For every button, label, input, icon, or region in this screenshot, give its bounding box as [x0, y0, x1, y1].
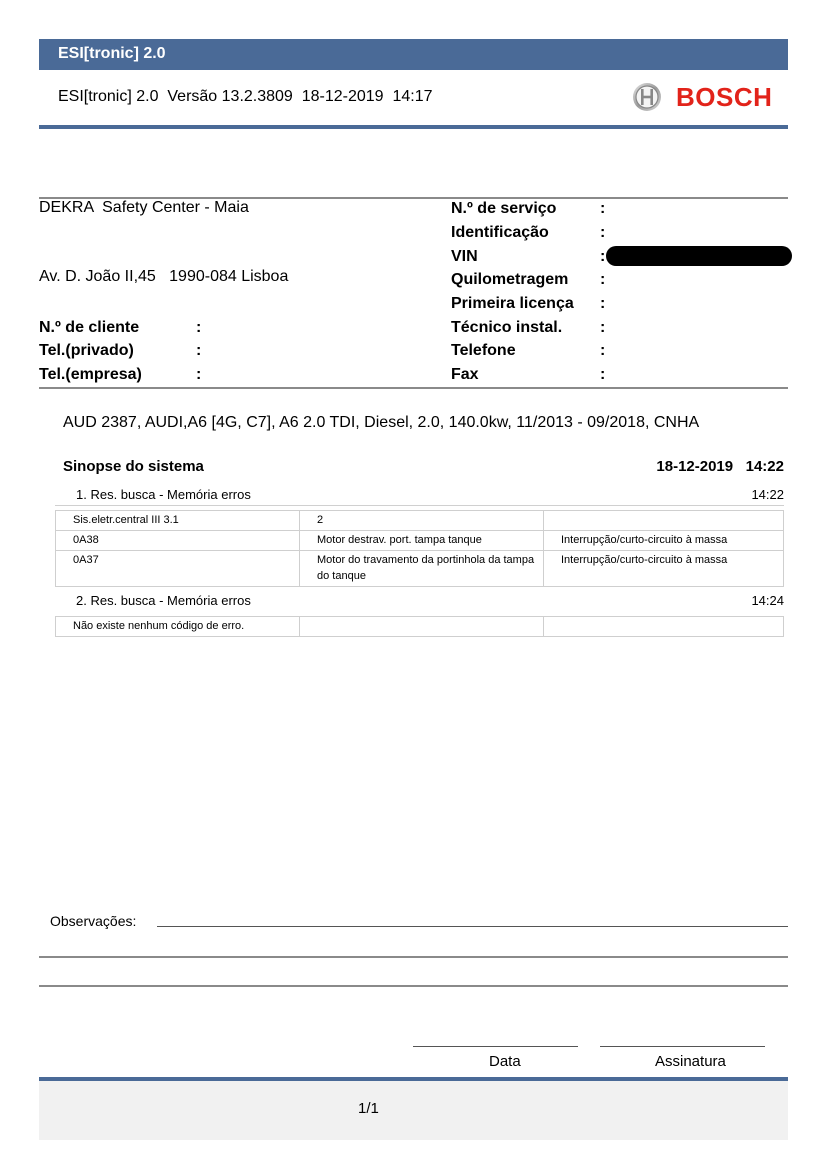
vehicle-description: AUD 2387, AUDI,A6 [4G, C7], A6 2.0 TDI, … — [63, 414, 699, 432]
table-row: Sis.eletr.central III 3.1 2 — [56, 511, 784, 531]
version-line: ESI[tronic] 2.0 Versão 13.2.3809 18-12-2… — [58, 88, 432, 106]
table-cell: Interrupção/curto-circuito à massa — [544, 531, 784, 551]
table-cell — [300, 617, 544, 637]
header-divider — [39, 125, 788, 129]
field-colon: : — [600, 200, 605, 218]
footer — [39, 1081, 788, 1140]
table-cell: 2 — [300, 511, 544, 531]
synopsis-title: Sinopse do sistema — [63, 458, 204, 475]
field-label-private-phone: Tel.(privado) — [39, 342, 134, 360]
table-row: 0A37 Motor do travamento da portinhola d… — [56, 551, 784, 587]
company-info: DEKRA Safety Center - Maia Av. D. João I… — [39, 150, 288, 311]
field-label-phone: Telefone — [451, 342, 516, 360]
field-label-vin: VIN — [451, 248, 478, 266]
title-bar: ESI[tronic] 2.0 — [39, 39, 788, 70]
table-cell: Sis.eletr.central III 3.1 — [56, 511, 300, 531]
table-row: Não existe nenhum código de erro. — [56, 617, 784, 637]
table-cell: Motor destrav. port. tampa tanque — [300, 531, 544, 551]
signature-label: Assinatura — [655, 1053, 726, 1070]
field-colon: : — [600, 248, 605, 266]
field-label-identification: Identificação — [451, 224, 549, 242]
error-table-2: Não existe nenhum código de erro. — [55, 616, 784, 637]
signature-line[interactable] — [600, 1046, 765, 1047]
brand-name: BOSCH — [676, 82, 772, 113]
info-bottom-divider — [39, 387, 788, 389]
company-name: DEKRA Safety Center - Maia — [39, 196, 288, 219]
field-colon: : — [600, 319, 605, 337]
section-time-1: 14:22 — [751, 487, 784, 502]
table-cell: 0A37 — [56, 551, 300, 587]
bosch-armature-icon — [632, 82, 662, 112]
field-label-fax: Fax — [451, 366, 479, 384]
table-cell: Motor do travamento da portinhola da tam… — [300, 551, 544, 587]
section-divider — [55, 505, 784, 506]
info-top-divider — [39, 197, 788, 199]
error-table-1: Sis.eletr.central III 3.1 2 0A38 Motor d… — [55, 510, 784, 587]
field-colon: : — [600, 342, 605, 360]
section-heading-1: 1. Res. busca - Memória erros — [76, 487, 251, 502]
section-heading-2: 2. Res. busca - Memória erros — [76, 593, 251, 608]
field-label-customer-no: N.º de cliente — [39, 319, 139, 337]
section-time-2: 14:24 — [751, 593, 784, 608]
page-number: 1/1 — [358, 1100, 379, 1117]
observations-line[interactable] — [39, 956, 788, 958]
bosch-logo: BOSCH — [632, 80, 772, 114]
synopsis-datetime: 18-12-2019 14:22 — [656, 458, 784, 475]
field-colon: : — [600, 295, 605, 313]
table-cell — [544, 511, 784, 531]
field-label-company-phone: Tel.(empresa) — [39, 366, 142, 384]
observations-line[interactable] — [39, 985, 788, 987]
field-label-technician: Técnico instal. — [451, 319, 562, 337]
field-label-mileage: Quilometragem — [451, 271, 568, 289]
field-label-service-no: N.º de serviço — [451, 200, 556, 218]
field-colon: : — [196, 366, 201, 384]
field-colon: : — [600, 271, 605, 289]
app-title: ESI[tronic] 2.0 — [58, 45, 166, 63]
table-cell: 0A38 — [56, 531, 300, 551]
table-cell: Interrupção/curto-circuito à massa — [544, 551, 784, 587]
table-cell: Não existe nenhum código de erro. — [56, 617, 300, 637]
field-colon: : — [600, 224, 605, 242]
field-colon: : — [196, 319, 201, 337]
date-signature-line[interactable] — [413, 1046, 578, 1047]
field-colon: : — [196, 342, 201, 360]
company-address: Av. D. João II,45 1990-084 Lisboa — [39, 265, 288, 288]
field-label-first-license: Primeira licença — [451, 295, 574, 313]
table-cell — [544, 617, 784, 637]
field-colon: : — [600, 366, 605, 384]
vin-redaction — [606, 246, 792, 266]
observations-label: Observações: — [50, 913, 136, 929]
date-label: Data — [489, 1053, 521, 1070]
observations-line[interactable] — [157, 926, 788, 927]
table-row: 0A38 Motor destrav. port. tampa tanque I… — [56, 531, 784, 551]
